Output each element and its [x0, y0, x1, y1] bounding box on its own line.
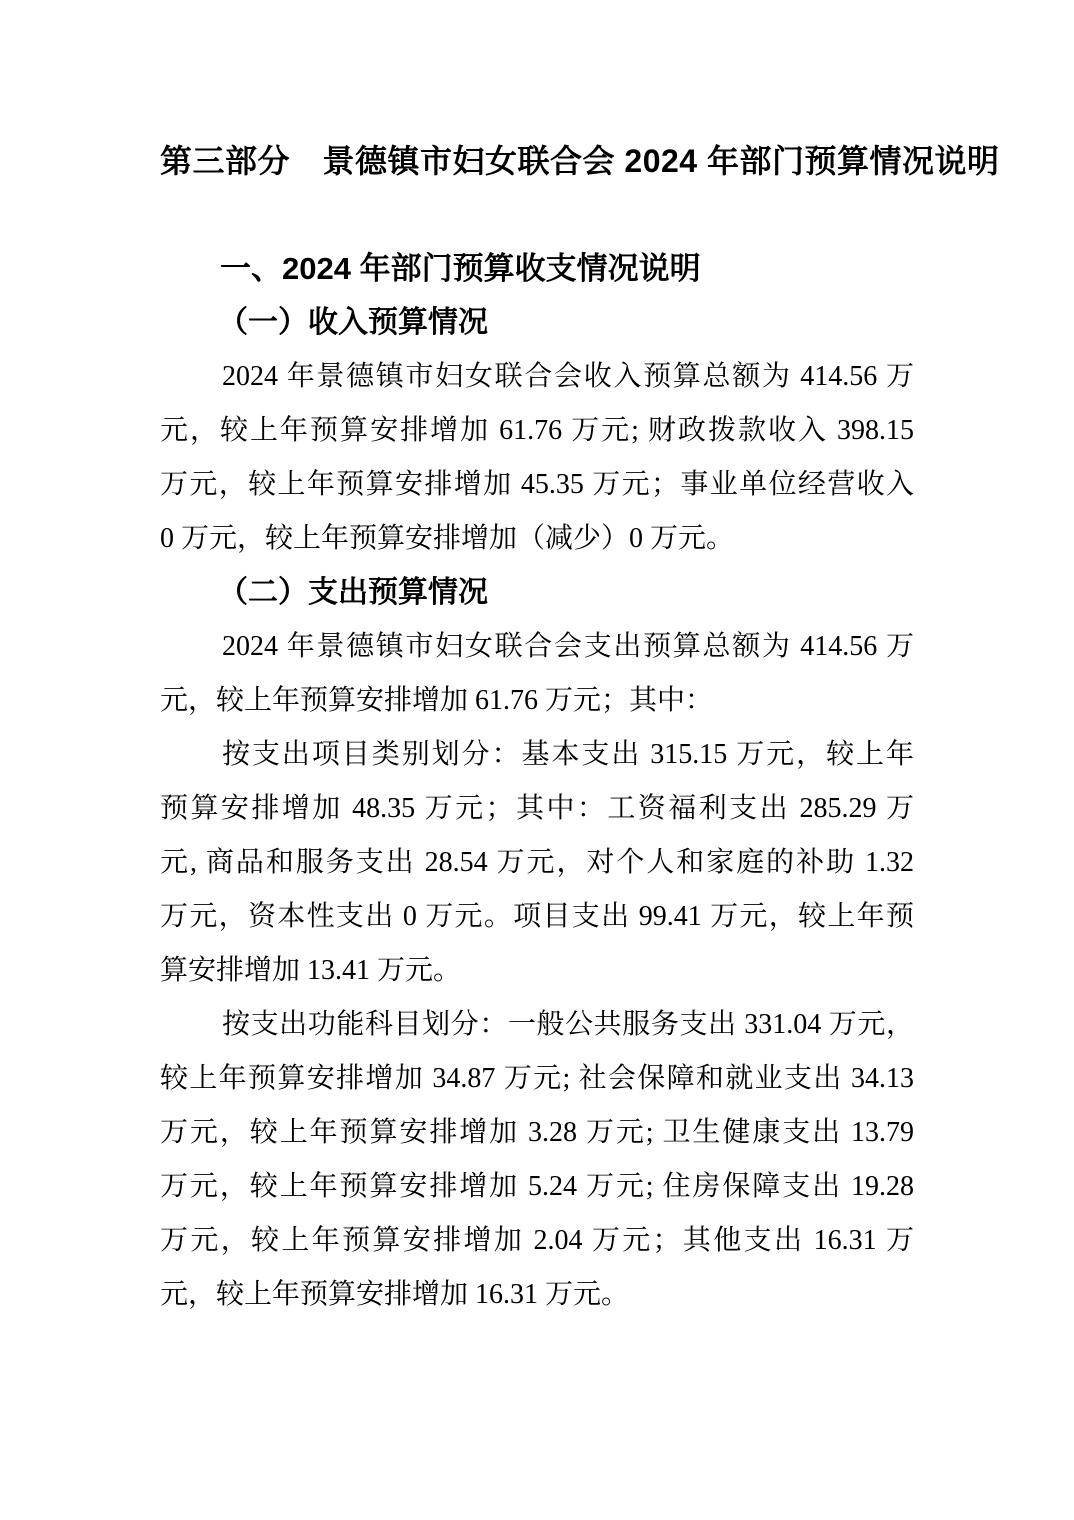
body-line: 按支出项目类别划分：基本支出 315.15 万元，较上年: [160, 728, 914, 782]
body-line: 元, 商品和服务支出 28.54 万元，对个人和家庭的补助 1.32: [160, 836, 914, 890]
income-paragraph: 2024 年景德镇市妇女联合会收入预算总额为 414.56 万 元，较上年预算安…: [160, 350, 914, 566]
expenditure-section-heading: （二）支出预算情况: [160, 566, 914, 620]
income-section-heading: （一）收入预算情况: [160, 296, 914, 350]
body-line: 0 万元，较上年预算安排增加（减少）0 万元。: [160, 512, 914, 566]
body-line: 万元，较上年预算安排增加 3.28 万元; 卫生健康支出 13.79: [160, 1106, 914, 1160]
body-line: 元，较上年预算安排增加 61.76 万元; 财政拨款收入 398.15: [160, 404, 914, 458]
body-line: 元，较上年预算安排增加 16.31 万元。: [160, 1268, 914, 1322]
body-line: 2024 年景德镇市妇女联合会支出预算总额为 414.56 万: [160, 620, 914, 674]
body-line: 按支出功能科目划分：一般公共服务支出 331.04 万元，: [160, 998, 914, 1052]
body-line: 万元，资本性支出 0 万元。项目支出 99.41 万元，较上年预: [160, 890, 914, 944]
expenditure-total-paragraph: 2024 年景德镇市妇女联合会支出预算总额为 414.56 万 元，较上年预算安…: [160, 620, 914, 728]
document-page: 第三部分 景德镇市妇女联合会 2024 年部门预算情况说明 一、2024 年部门…: [0, 0, 1074, 1520]
expenditure-by-function-paragraph: 按支出功能科目划分：一般公共服务支出 331.04 万元， 较上年预算安排增加 …: [160, 998, 914, 1322]
body-line: 算安排增加 13.41 万元。: [160, 944, 914, 998]
body-line: 万元，较上年预算安排增加 2.04 万元；其他支出 16.31 万: [160, 1214, 914, 1268]
document-title: 第三部分 景德镇市妇女联合会 2024 年部门预算情况说明: [160, 134, 914, 188]
body-line: 万元，较上年预算安排增加 5.24 万元; 住房保障支出 19.28: [160, 1160, 914, 1214]
main-heading: 一、2024 年部门预算收支情况说明: [160, 242, 914, 296]
expenditure-section: （二）支出预算情况 2024 年景德镇市妇女联合会支出预算总额为 414.56 …: [160, 566, 914, 1322]
body-line: 万元，较上年预算安排增加 45.35 万元；事业单位经营收入: [160, 458, 914, 512]
expenditure-by-category-paragraph: 按支出项目类别划分：基本支出 315.15 万元，较上年 预算安排增加 48.3…: [160, 728, 914, 998]
body-line: 元，较上年预算安排增加 61.76 万元；其中：: [160, 674, 914, 728]
body-line: 2024 年景德镇市妇女联合会收入预算总额为 414.56 万: [160, 350, 914, 404]
blank-line: [160, 188, 914, 242]
body-line: 较上年预算安排增加 34.87 万元; 社会保障和就业支出 34.13: [160, 1052, 914, 1106]
body-line: 预算安排增加 48.35 万元；其中：工资福利支出 285.29 万: [160, 782, 914, 836]
income-section: （一）收入预算情况 2024 年景德镇市妇女联合会收入预算总额为 414.56 …: [160, 296, 914, 566]
